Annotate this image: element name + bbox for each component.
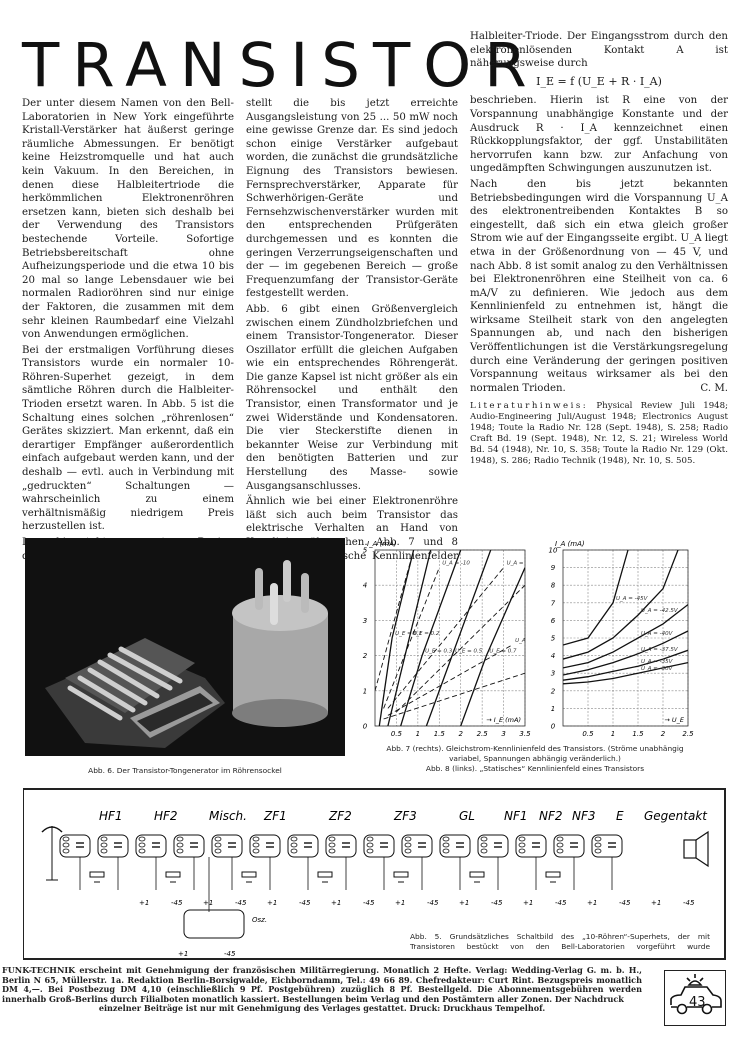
svg-text:+1: +1 [267, 899, 277, 907]
svg-text:1.5: 1.5 [632, 730, 644, 738]
paragraph: beschrieben. Hierin ist R eine von der V… [470, 94, 728, 176]
svg-text:+1: +1 [331, 899, 341, 907]
paragraph: Halbleiter-Triode. Der Eingangsstrom dur… [470, 30, 728, 71]
svg-text:NF2: NF2 [539, 809, 563, 823]
svg-text:6: 6 [551, 617, 556, 625]
svg-text:+1: +1 [203, 899, 213, 907]
footer-last-line: einzelner Beiträge ist nur mit Genehmigu… [2, 1004, 642, 1014]
svg-text:I_A (mA): I_A (mA) [367, 540, 397, 548]
svg-text:Gegentakt: Gegentakt [644, 809, 708, 823]
svg-text:HF1: HF1 [99, 809, 123, 823]
svg-text:0: 0 [363, 723, 368, 731]
paragraph: Bei der erstmaligen Vorführung dieses Tr… [22, 344, 234, 534]
svg-text:-45: -45 [683, 899, 695, 907]
paragraph: Abb. 6 gibt einen Größenvergleich zwisch… [246, 303, 458, 493]
svg-text:3: 3 [363, 617, 367, 625]
svg-text:-45: -45 [427, 899, 439, 907]
svg-text:U_A = -42.5V: U_A = -42.5V [641, 608, 679, 614]
svg-text:I_A (mA): I_A (mA) [555, 540, 585, 548]
svg-text:2: 2 [363, 652, 368, 660]
article-column-2: stellt die bis jetzt erreichte Ausgangsl… [246, 97, 458, 579]
svg-text:+1: +1 [587, 899, 597, 907]
svg-text:U_A = -20: U_A = -20 [417, 543, 445, 549]
svg-text:-45: -45 [171, 899, 183, 907]
paragraph: Der unter diesem Namen von den Bell-Labo… [22, 97, 234, 342]
chart-abb8-static-characteristics: 0.511.522.533.5012345I_A (mA)→ I_E (mA)U… [355, 538, 535, 748]
svg-text:-45: -45 [299, 899, 311, 907]
svg-text:2: 2 [551, 687, 556, 695]
caption-abb7: Abb. 7 (rechts). Gleichstrom-Kennlinienf… [370, 744, 700, 764]
formula: I_E = f (U_E + R · I_A) [470, 75, 728, 89]
svg-text:U_E = 0.3: U_E = 0.3 [425, 649, 453, 655]
svg-text:3.5: 3.5 [519, 730, 531, 738]
references-label: Literaturhinweis: [470, 401, 588, 411]
svg-text:-45: -45 [363, 899, 375, 907]
page-number: 43 [689, 995, 706, 1010]
svg-text:8: 8 [551, 582, 556, 590]
svg-text:+1: +1 [178, 950, 188, 958]
svg-text:U_E = 0.2: U_E = 0.2 [412, 631, 440, 637]
svg-text:0.5: 0.5 [391, 730, 403, 738]
chart-abb7-plot: 0.511.522.5012345678910I_A (mA)→ U_EU_A … [549, 540, 695, 738]
svg-text:HF2: HF2 [154, 809, 178, 823]
svg-text:3: 3 [501, 730, 505, 738]
svg-text:2: 2 [458, 730, 463, 738]
svg-text:U_A = -3: U_A = -3 [507, 561, 532, 567]
svg-text:U_A = -45V: U_A = -45V [616, 596, 649, 602]
photo-illustration [25, 538, 345, 756]
svg-text:E: E [616, 809, 624, 823]
svg-text:3: 3 [551, 670, 555, 678]
svg-text:+1: +1 [395, 899, 405, 907]
svg-text:U_A = -2: U_A = -2 [528, 578, 535, 584]
svg-text:1: 1 [611, 730, 615, 738]
svg-text:NF3: NF3 [572, 809, 596, 823]
figure-caption-abb6: Abb. 6. Der Transistor-Tongenerator im R… [25, 766, 345, 775]
svg-text:U_A = -37.5V: U_A = -37.5V [641, 647, 679, 653]
svg-text:U_A = -0.5: U_A = -0.5 [528, 666, 535, 672]
svg-text:U_A = -35V: U_A = -35V [641, 659, 674, 665]
figure-caption-abb7-abb8: Abb. 7 (rechts). Gleichstrom-Kennlinienf… [370, 744, 700, 774]
article-column-1: Der unter diesem Namen von den Bell-Labo… [22, 97, 234, 565]
svg-text:ZF2: ZF2 [328, 809, 352, 823]
photo-transistor-tone-generator [25, 538, 345, 756]
svg-text:-45: -45 [235, 899, 247, 907]
svg-text:4: 4 [551, 652, 555, 660]
svg-text:→ I_E (mA): → I_E (mA) [486, 716, 521, 724]
publisher-footer: FUNK-TECHNIK erscheint mit Genehmigung d… [2, 966, 642, 1014]
svg-text:9: 9 [551, 564, 556, 572]
svg-text:-45: -45 [619, 899, 631, 907]
svg-text:1.5: 1.5 [434, 730, 446, 738]
chart-abb7-dc-characteristics: 0.511.522.5012345678910I_A (mA)→ U_EU_A … [547, 538, 697, 748]
svg-text:0: 0 [551, 723, 556, 731]
svg-text:ZF1: ZF1 [263, 809, 287, 823]
svg-text:1: 1 [416, 730, 420, 738]
svg-text:-45: -45 [491, 899, 503, 907]
page-number-badge: 43 [664, 970, 726, 1026]
chart-abb8-plot: 0.511.522.533.5012345I_A (mA)→ I_E (mA)U… [363, 540, 535, 738]
svg-text:U_A = -40V: U_A = -40V [641, 631, 674, 637]
svg-text:Osz.: Osz. [252, 916, 267, 924]
svg-text:ZF3: ZF3 [393, 809, 417, 823]
svg-text:5: 5 [551, 635, 556, 643]
svg-text:1: 1 [551, 705, 555, 713]
svg-text:U_A = -30V: U_A = -30V [641, 666, 674, 672]
svg-text:+1: +1 [459, 899, 469, 907]
paragraph: Nach den bis jetzt bekannten Betriebsbed… [470, 178, 728, 396]
article-column-3: Halbleiter-Triode. Der Eingangsstrom dur… [470, 30, 728, 469]
paragraph-text: Nach den bis jetzt bekannten Betriebsbed… [470, 179, 728, 394]
svg-text:2.5: 2.5 [477, 730, 489, 738]
svg-text:0.5: 0.5 [582, 730, 594, 738]
paragraph: stellt die bis jetzt erreichte Ausgangsl… [246, 97, 458, 301]
page-title: TRANSISTOR [22, 36, 540, 96]
svg-text:2.5: 2.5 [682, 730, 694, 738]
author-signature: C. M. [700, 382, 728, 396]
svg-text:→ U_E: → U_E [664, 716, 685, 724]
svg-text:Misch.: Misch. [209, 809, 247, 823]
svg-text:GL: GL [459, 809, 475, 823]
footer-text: FUNK-TECHNIK erscheint mit Genehmigung d… [2, 965, 642, 1004]
svg-text:4: 4 [363, 582, 367, 590]
svg-text:-45: -45 [224, 950, 236, 958]
references: Literaturhinweis: Physical Review Juli 1… [470, 401, 728, 467]
caption-abb8: Abb. 8 (links). „Statisches“ Kennlinienf… [370, 764, 700, 774]
svg-text:7: 7 [551, 599, 556, 607]
svg-text:+1: +1 [523, 899, 533, 907]
svg-text:2: 2 [661, 730, 666, 738]
svg-text:U_A = -10: U_A = -10 [442, 561, 470, 567]
svg-text:U_E = 0.7: U_E = 0.7 [489, 649, 517, 655]
svg-text:+1: +1 [651, 899, 661, 907]
svg-text:+1: +1 [139, 899, 149, 907]
svg-text:NF1: NF1 [504, 809, 528, 823]
figure-caption-abb5: Abb. 5. Grundsätzliches Schaltbild des „… [410, 932, 710, 952]
svg-text:1: 1 [363, 687, 367, 695]
svg-text:-45: -45 [555, 899, 567, 907]
